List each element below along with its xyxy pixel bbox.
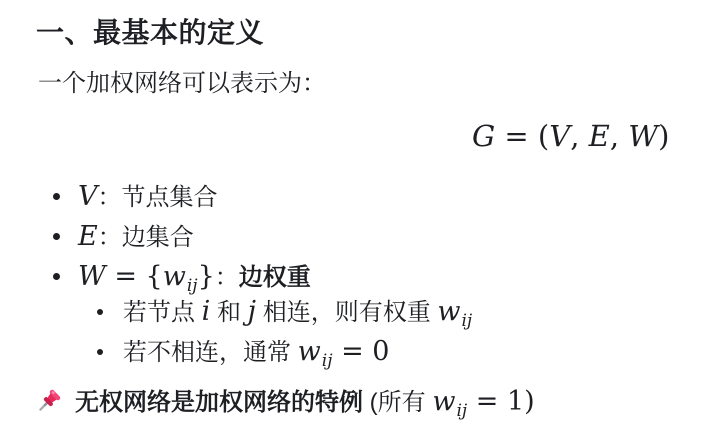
colon: ： xyxy=(215,264,239,291)
math-var-w: W xyxy=(628,119,658,153)
math-var-j: j xyxy=(248,296,256,327)
math-comma: , xyxy=(610,119,628,153)
math-comma: , xyxy=(570,119,588,153)
text-run: 相连，则有权重 xyxy=(256,299,437,326)
page-title: 一、最基本的定义 xyxy=(36,12,264,54)
bullet-icon xyxy=(53,193,60,200)
math-subscript-ij: ij xyxy=(456,401,467,421)
math-equals-zero: = 0 xyxy=(333,336,390,367)
text-run: 和 xyxy=(210,299,247,326)
display-formula: G = (V, E, W) xyxy=(472,116,669,156)
math-var-e: E xyxy=(589,119,610,153)
list-item-e: E：边集合 xyxy=(78,217,194,258)
sub-list-item-connected: 若节点 i 和 j 相连，则有权重 wij xyxy=(123,292,472,333)
math-var-w: W xyxy=(78,261,106,292)
note-bold-text: 无权网络是加权网络的特例 xyxy=(75,389,363,416)
math-subscript-ij: ij xyxy=(322,351,333,371)
math-equals-brace: = { xyxy=(106,261,163,292)
math-close-paren: ) xyxy=(658,119,669,153)
text-run: 若不相连，通常 xyxy=(123,339,298,366)
math-subscript-ij: ij xyxy=(462,311,473,331)
document-page: 一、最基本的定义 一个加权网络可以表示为： G = (V, E, W) V：节点… xyxy=(0,0,708,443)
math-close-brace: } xyxy=(198,261,215,292)
list-item-v: V：节点集合 xyxy=(78,177,218,218)
math-var-wij: w xyxy=(432,386,455,417)
math-var-v: V xyxy=(78,181,98,212)
math-var-g: G xyxy=(472,119,495,153)
math-var-v: V xyxy=(549,119,570,153)
sub-list-item-unconnected: 若不相连，通常 wij = 0 xyxy=(123,332,389,373)
bullet-icon xyxy=(53,273,60,280)
bullet-icon xyxy=(53,233,60,240)
list-item-label-bold: 边权重 xyxy=(239,264,311,291)
intro-text: 一个加权网络可以表示为： xyxy=(38,64,326,104)
math-var-wij: w xyxy=(163,261,186,292)
math-var-e: E xyxy=(78,221,98,252)
colon: ： xyxy=(98,184,122,211)
list-item-label: 节点集合 xyxy=(122,184,218,211)
note-line: 无权网络是加权网络的特例 (所有 wij = 1) xyxy=(0,382,535,423)
bullet-icon xyxy=(97,349,103,355)
colon: ： xyxy=(98,224,122,251)
math-equals-one: = 1) xyxy=(467,386,535,417)
math-equals: = xyxy=(495,119,538,153)
text-run: (所有 xyxy=(363,389,432,416)
math-var-wij: w xyxy=(437,296,460,327)
text-run: 若节点 xyxy=(123,299,202,326)
bullet-icon xyxy=(97,309,103,315)
math-var-wij: w xyxy=(298,336,321,367)
math-open-paren: ( xyxy=(538,119,549,153)
list-item-label: 边集合 xyxy=(122,224,194,251)
